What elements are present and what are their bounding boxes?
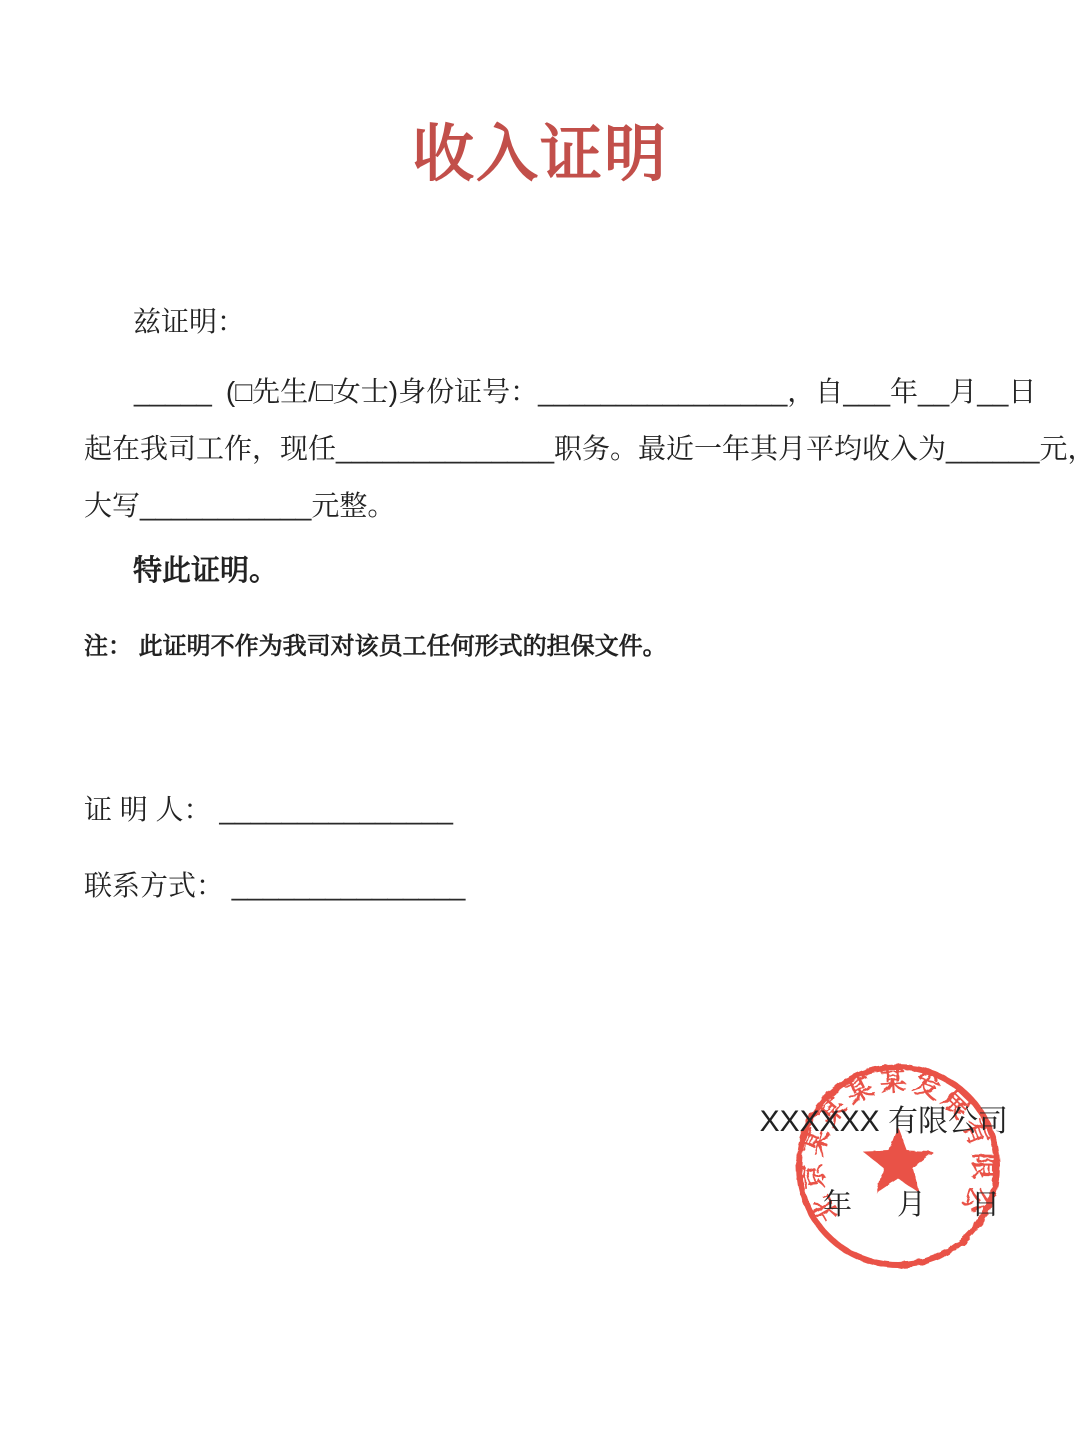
- blank-field-day: __: [977, 376, 1008, 407]
- blank-field-capital-amount: ___________: [140, 490, 311, 521]
- blank-field-id-number: ________________: [538, 376, 787, 407]
- blank-field-contact: _______________: [232, 870, 466, 901]
- company-name: XXXXXX 有限公司: [760, 1102, 1008, 1141]
- page-title: 收入证明: [0, 104, 1080, 193]
- income-certificate-page: 收入证明 兹证明： _____(□先生/□女士)身份证号：___________…: [0, 0, 1080, 1439]
- year-label: 年: [890, 376, 918, 407]
- certifier-label: 证 明 人：: [84, 794, 212, 825]
- footer-block: XXXXXX 有限公司 年 月 日: [760, 1102, 1008, 1224]
- salutation-text: 兹证明：: [133, 300, 245, 340]
- contact-line: 联系方式： _______________: [84, 864, 465, 904]
- works-here-text: 起在我司工作，现任: [84, 433, 336, 464]
- blank-field-month: __: [918, 376, 949, 407]
- yuan-exact-label: 元整。: [311, 490, 395, 521]
- main-paragraph: _____(□先生/□女士)身份证号：________________，自___…: [84, 363, 1024, 534]
- blank-field-income: ______: [946, 433, 1039, 464]
- month-label: 月: [949, 376, 977, 407]
- paragraph-line-3: 大写___________元整。: [84, 477, 1024, 534]
- contact-label: 联系方式：: [84, 870, 224, 901]
- position-income-text: 职务。最近一年其月平均收入为: [554, 433, 946, 464]
- capital-amount-label: 大写: [84, 490, 140, 521]
- blank-field-position: ______________: [336, 433, 554, 464]
- yuan-label: 元，: [1039, 433, 1080, 464]
- paragraph-line-1: _____(□先生/□女士)身份证号：________________，自___…: [84, 363, 1024, 420]
- hereby-certify-text: 特此证明。: [133, 548, 278, 589]
- day-label: 日: [1008, 376, 1036, 407]
- date-line: 年 月 日: [760, 1186, 1008, 1224]
- certifier-line: 证 明 人： _______________: [84, 788, 453, 828]
- gender-id-label: (□先生/□女士)身份证号：: [226, 376, 538, 407]
- blank-field-certifier: _______________: [219, 794, 453, 825]
- disclaimer-note: 注： 此证明不作为我司对该员工任何形式的担保文件。: [84, 626, 667, 661]
- since-label: ，自: [787, 376, 843, 407]
- blank-field-year: ___: [843, 376, 890, 407]
- paragraph-line-2: 起在我司工作，现任______________职务。最近一年其月平均收入为___…: [84, 420, 1024, 477]
- blank-field-name: _____: [134, 376, 212, 407]
